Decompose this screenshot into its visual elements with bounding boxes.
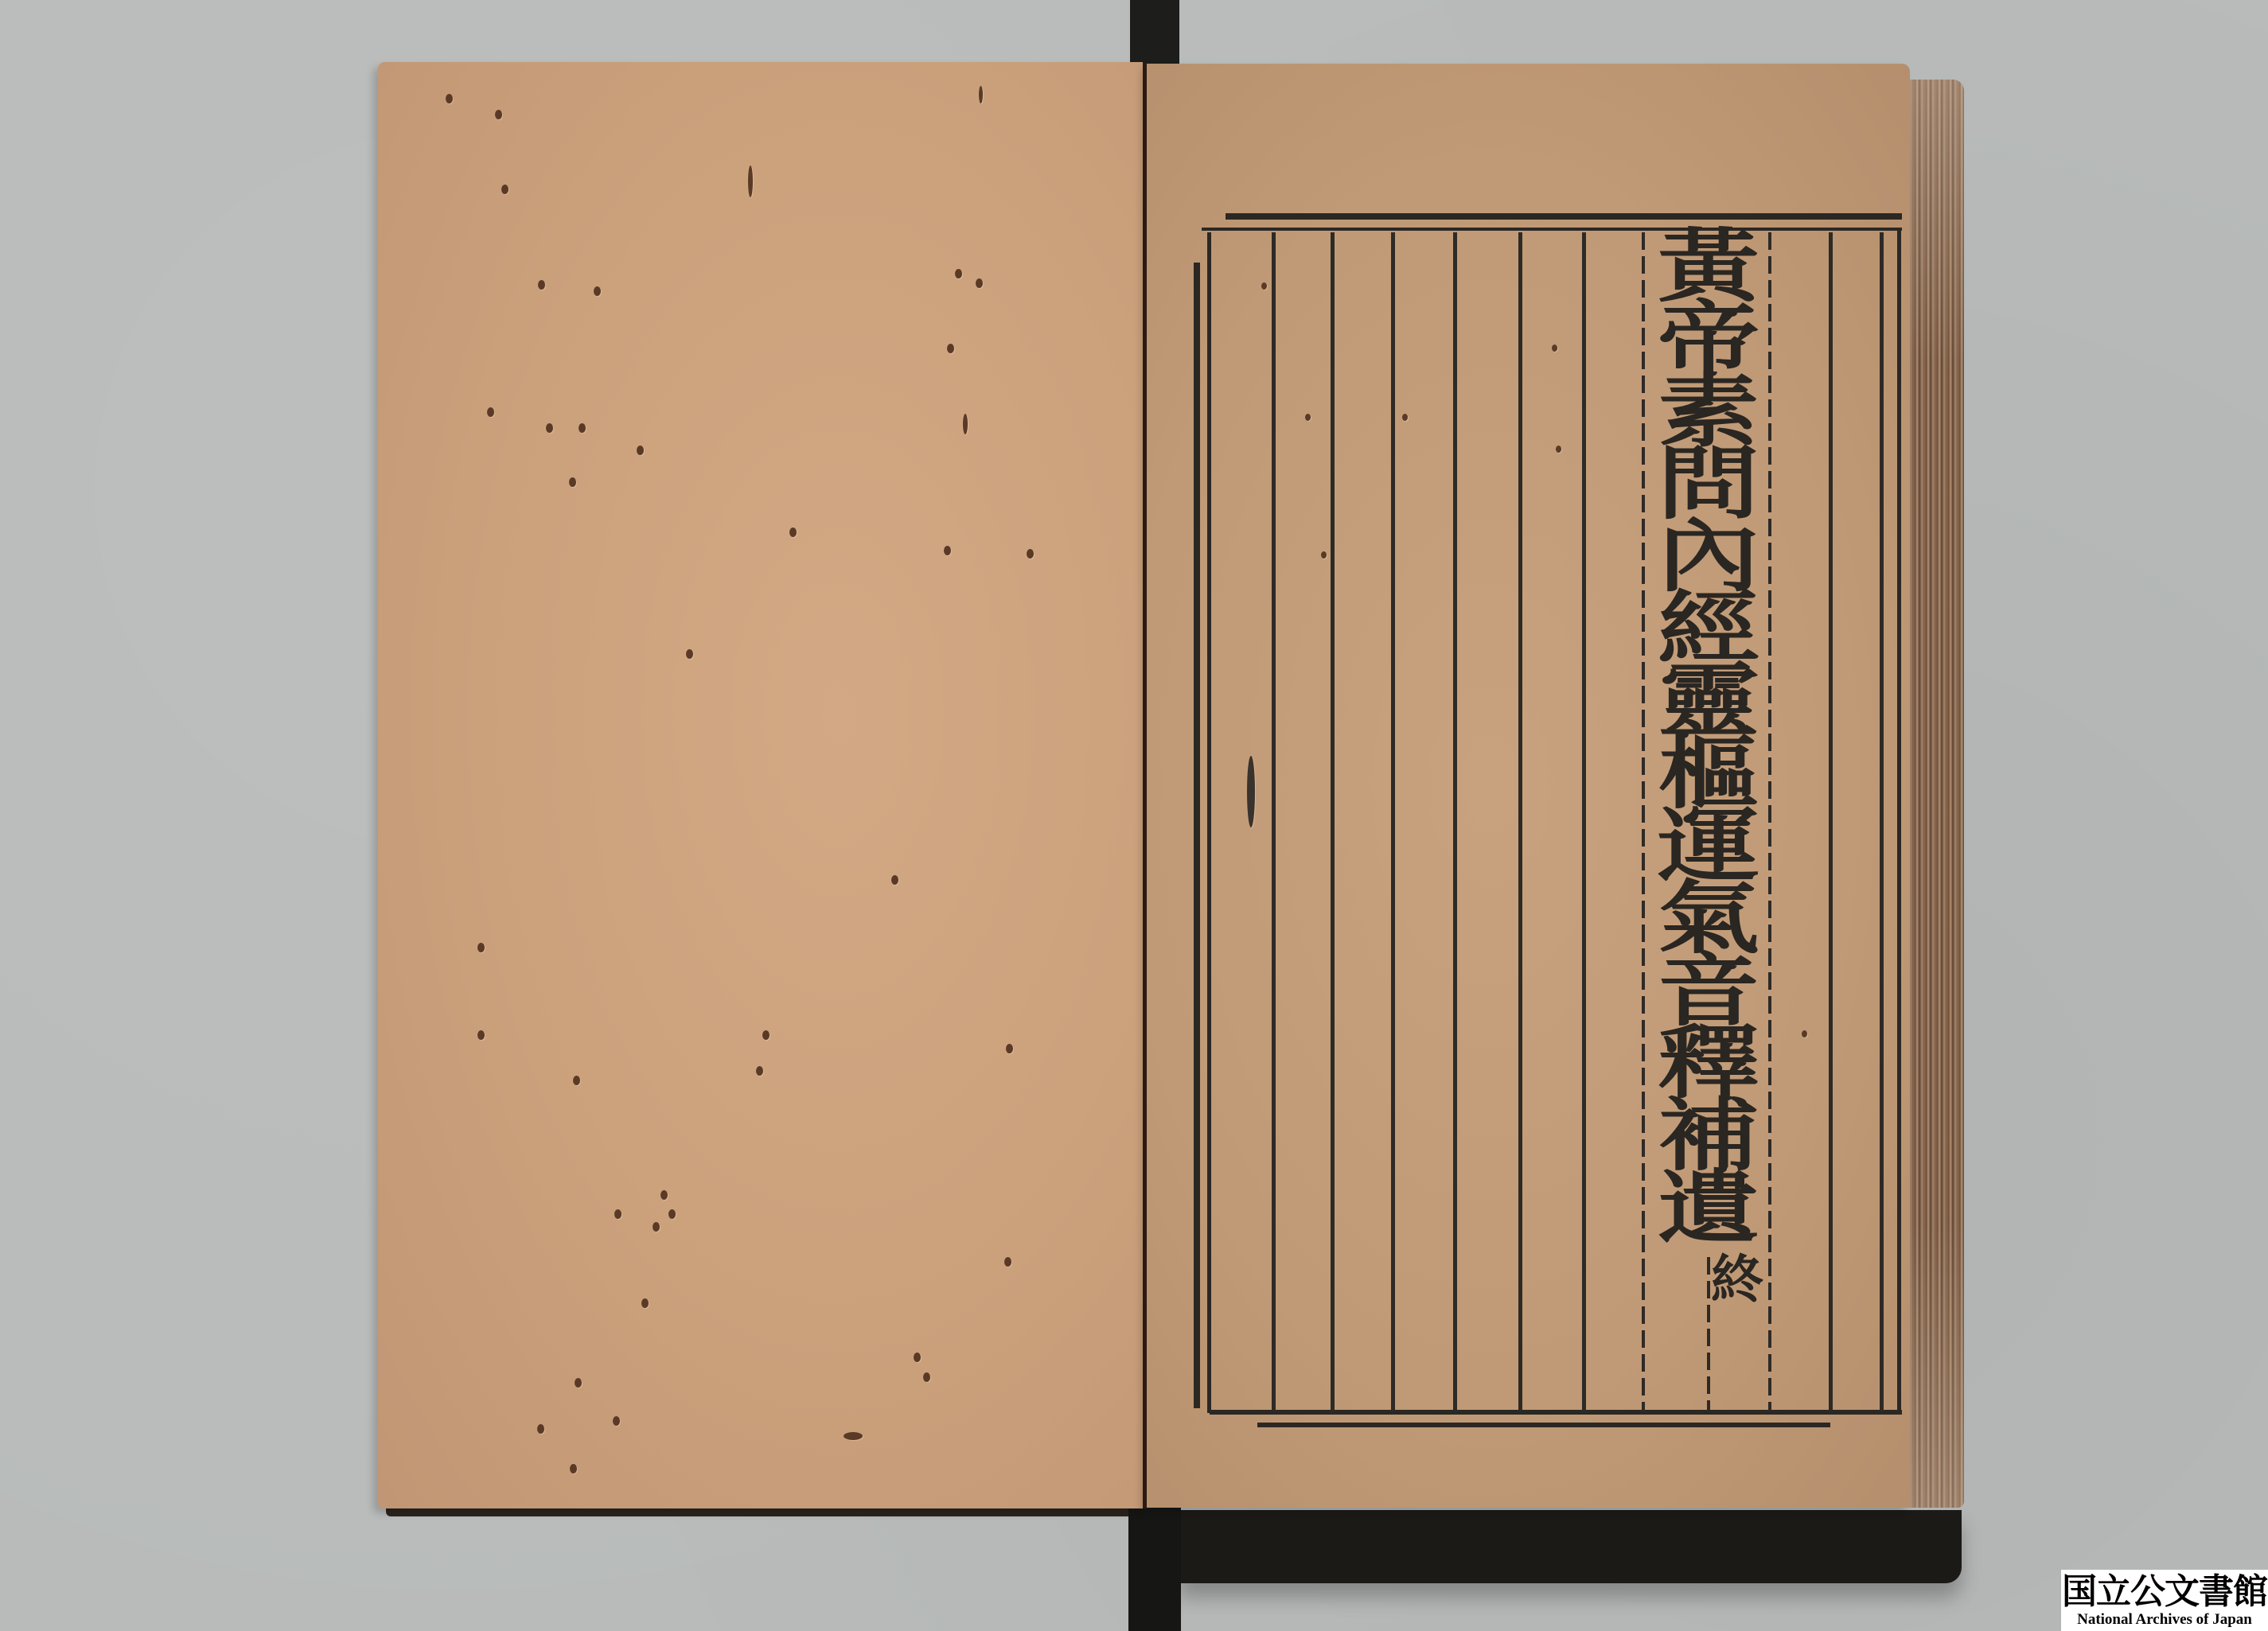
title-char: 內 — [1658, 528, 1759, 585]
column-rule — [1582, 232, 1586, 1411]
binding-ribbon-top — [1130, 0, 1179, 67]
column-rule — [1829, 232, 1833, 1411]
page-stack-highlight — [1902, 80, 1964, 1508]
title-char: 補 — [1658, 1107, 1759, 1164]
column-rule-end-mark — [1707, 1257, 1710, 1411]
title-char: 音 — [1658, 963, 1759, 1019]
frame-bottom-outer — [1257, 1423, 1830, 1427]
right-cover-edge — [1178, 1510, 1962, 1583]
title-char: 問 — [1658, 456, 1759, 512]
frame-top-inner — [1202, 228, 1902, 231]
column-rule — [1272, 232, 1276, 1411]
title-char: 樞 — [1658, 745, 1759, 802]
title-char: 遺 — [1658, 1180, 1759, 1236]
watermark-japanese: 国立公文書館 — [2062, 1573, 2267, 1611]
frame-bottom-inner — [1210, 1410, 1902, 1415]
frame-right — [1897, 231, 1901, 1415]
column-rule — [1880, 232, 1884, 1411]
title-char: 黃 — [1658, 239, 1759, 295]
column-rule — [1518, 232, 1522, 1411]
title-char: 運 — [1658, 818, 1759, 874]
left-page — [378, 62, 1144, 1508]
column-rule — [1453, 232, 1457, 1411]
title-char: 帝 — [1658, 311, 1759, 368]
archive-watermark: 国立公文書館 National Archives of Japan — [2061, 1570, 2268, 1631]
frame-left-outer — [1194, 263, 1200, 1408]
title-char: 靈 — [1658, 673, 1759, 730]
frame-left-inner — [1207, 232, 1211, 1413]
title-char: 經 — [1658, 601, 1759, 657]
right-page — [1146, 64, 1910, 1508]
title-char: 氣 — [1658, 890, 1759, 947]
title-column: 黃 帝 素 問 內 經 靈 樞 運 氣 音 釋 補 遺 — [1649, 231, 1768, 1257]
column-rule — [1331, 232, 1335, 1411]
frame-top-outer — [1226, 213, 1902, 220]
end-mark: 終 — [1711, 1251, 1763, 1308]
book-gutter — [1143, 62, 1147, 1508]
title-char: 素 — [1658, 383, 1759, 440]
watermark-english: National Archives of Japan — [2077, 1611, 2252, 1629]
column-rule — [1391, 232, 1395, 1411]
column-rule-title-left — [1642, 232, 1645, 1411]
title-char: 釋 — [1658, 1035, 1759, 1092]
binding-ribbon-bottom — [1128, 1508, 1181, 1631]
column-rule-title-right — [1768, 232, 1771, 1411]
